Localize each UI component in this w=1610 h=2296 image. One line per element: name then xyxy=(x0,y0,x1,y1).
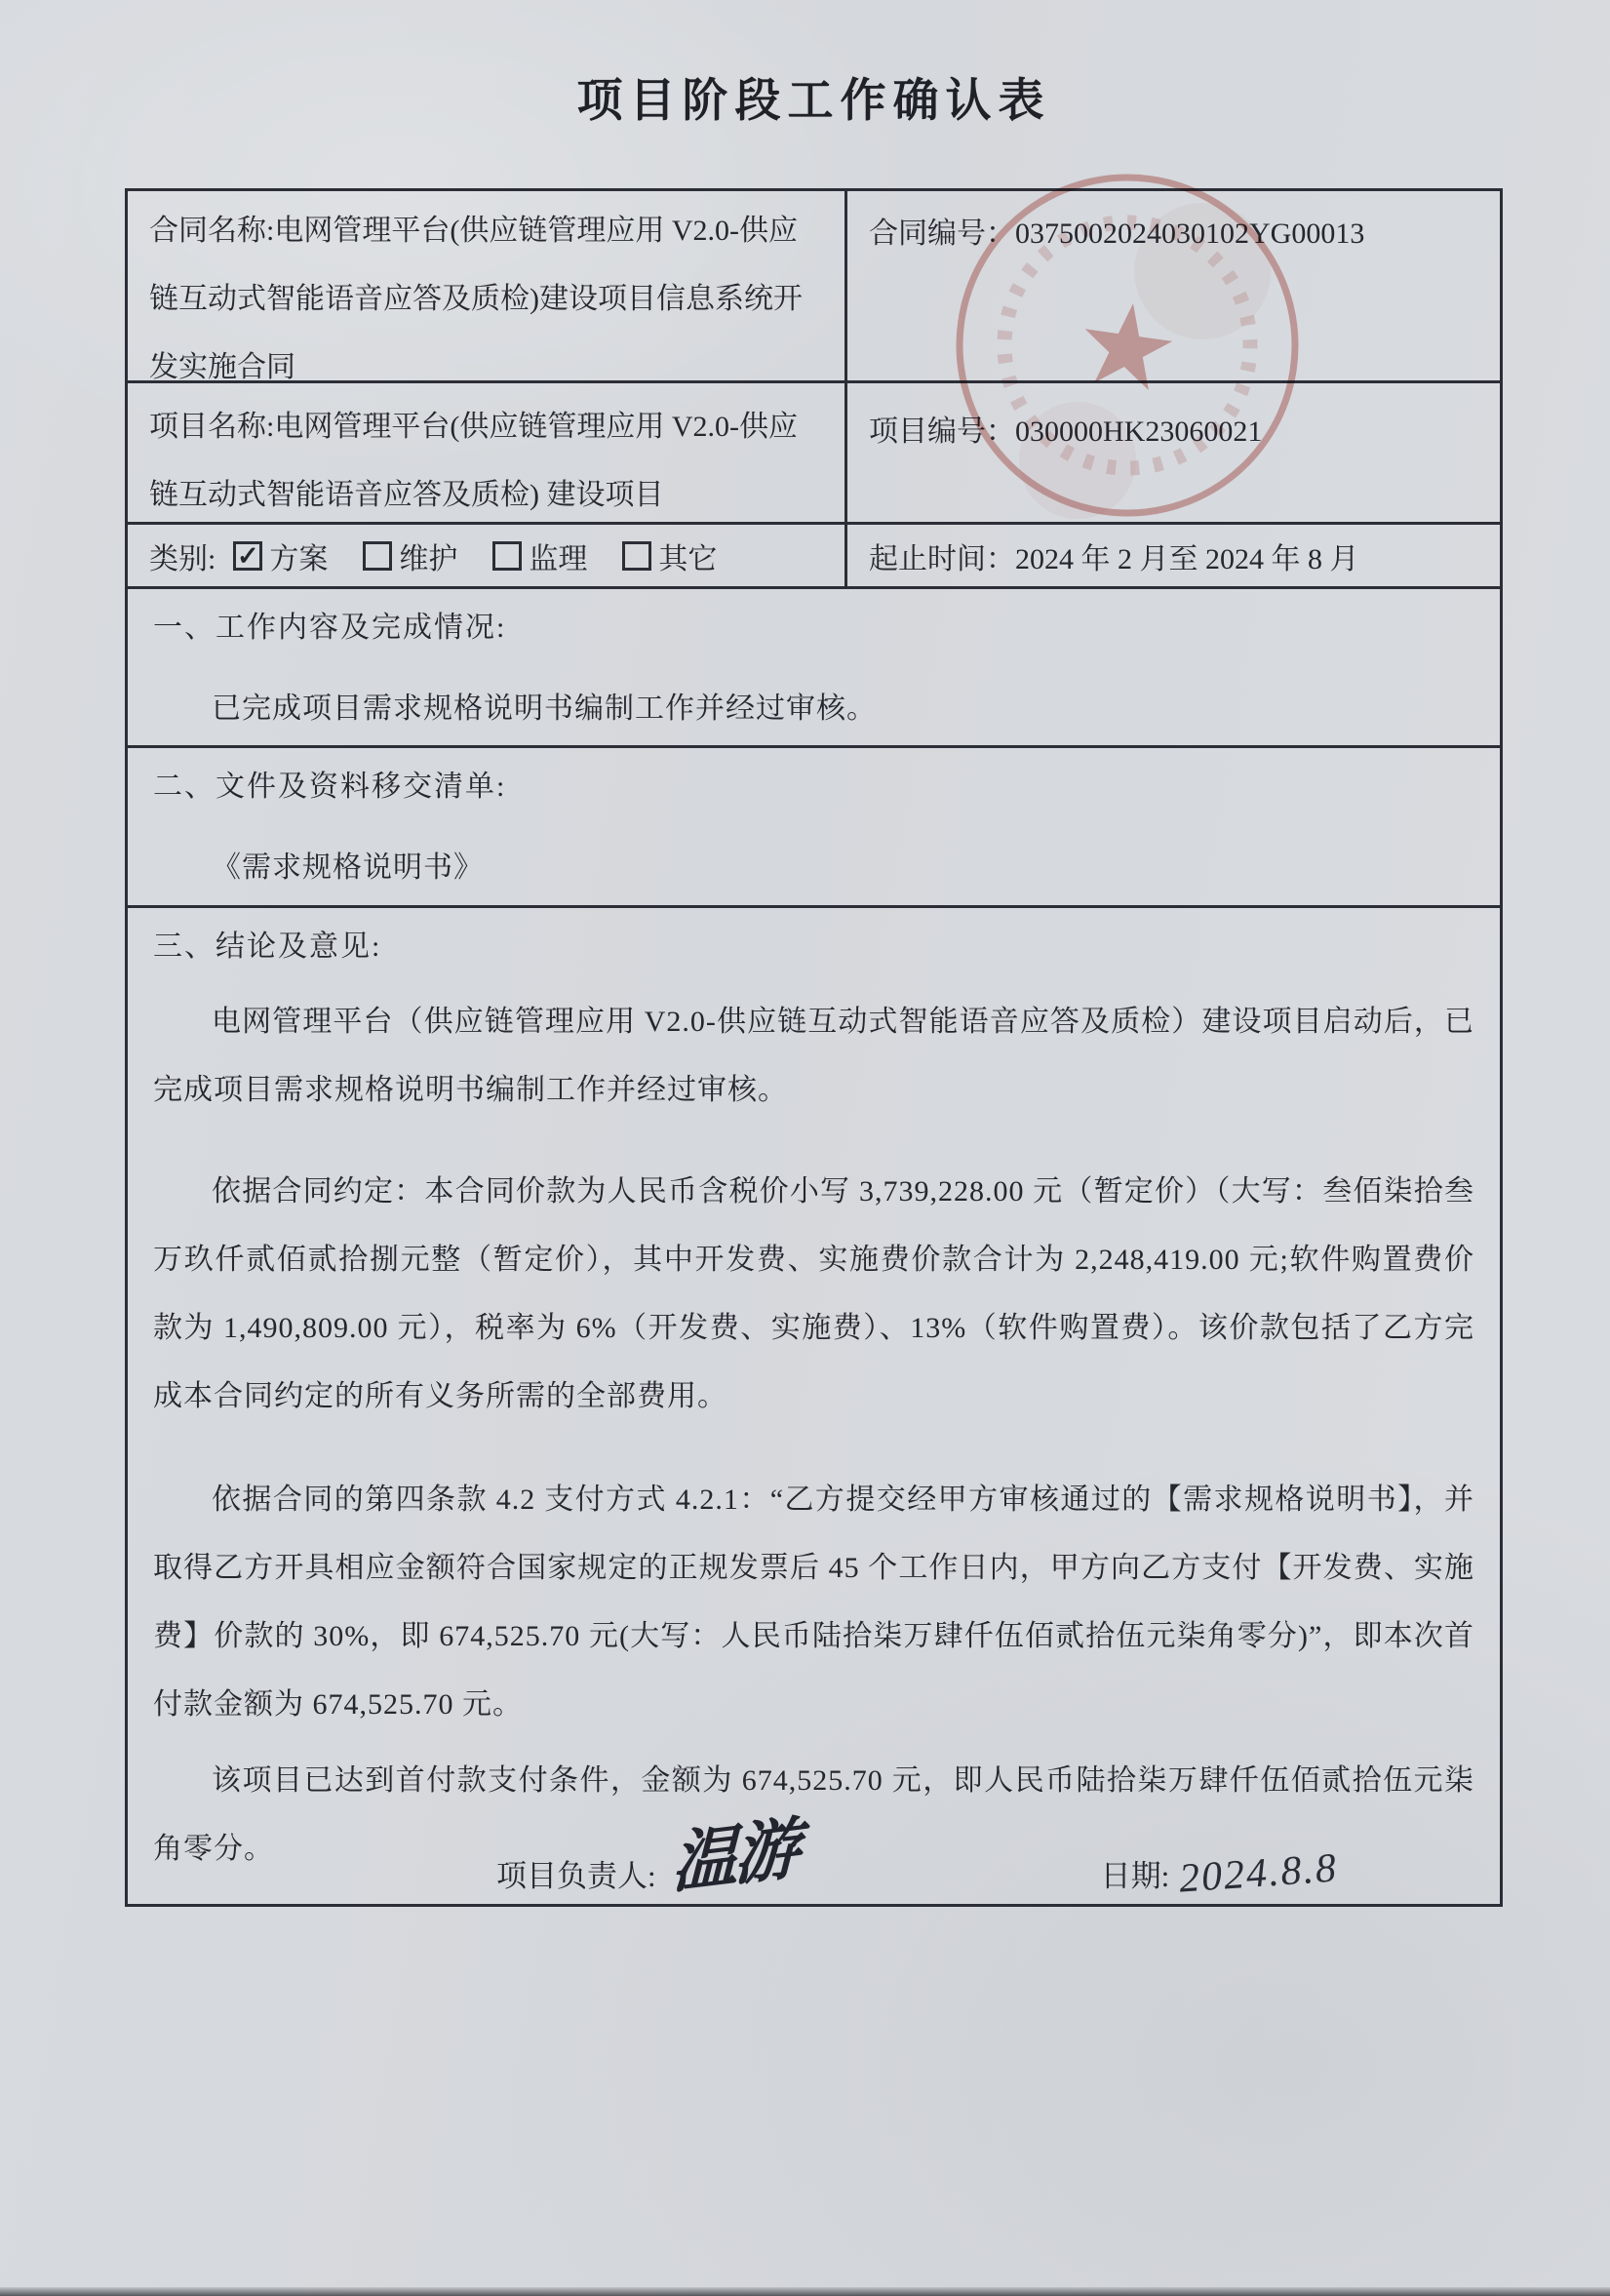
category-period-row: 类别: ✓ 方案 维护 监理 xyxy=(128,525,1500,589)
page-title: 项目阶段工作确认表 xyxy=(125,64,1503,130)
contract-no-cell: 合同编号：0375002024030102YG00013 xyxy=(847,191,1500,410)
section-handover-list: 二、文件及资料移交清单: 《需求规格说明书》 xyxy=(128,766,1500,908)
handwritten-date: 2024.8.8 xyxy=(1178,1844,1340,1902)
section-paragraph: 依据合同约定：本合同价款为人民币含税价小写 3,739,228.00 元（暂定价… xyxy=(153,1158,1474,1431)
signature-row: 项目负责人: 温游 日期: 2024.8.8 xyxy=(153,1850,1450,1897)
category-option-plan: ✓ 方案 xyxy=(233,534,328,577)
category-cell: 类别: ✓ 方案 维护 监理 xyxy=(128,525,847,586)
category-option-other: 其它 xyxy=(622,534,717,577)
category-option-label: 维护 xyxy=(399,534,457,577)
contract-no-label: 合同编号： xyxy=(869,218,1015,250)
period-cell: 起止时间：2024 年 2 月至 2024 年 8 月 xyxy=(847,525,1500,586)
project-name-cell: 项目名称:电网管理平台(供应链管理应用 V2.0-供应链互动式智能语音应答及质检… xyxy=(128,383,847,537)
project-row: 项目名称:电网管理平台(供应链管理应用 V2.0-供应链互动式智能语音应答及质检… xyxy=(128,383,1500,525)
section-paragraph: 已完成项目需求规格说明书编制工作并经过审核。 xyxy=(153,675,1474,743)
section-heading: 二、文件及资料移交清单: xyxy=(153,766,1474,809)
period-label: 起止时间： xyxy=(869,534,1015,577)
date-label: 日期: xyxy=(1101,1851,1170,1895)
contract-no-value: 0375002024030102YG00013 xyxy=(1015,218,1364,250)
confirmation-form-table: 合同名称:电网管理平台(供应链管理应用 V2.0-供应链互动式智能语音应答及质检… xyxy=(125,188,1503,1907)
project-no-cell: 项目编号：030000HK23060021 xyxy=(847,383,1500,537)
project-name-label: 项目名称: xyxy=(149,411,274,443)
project-no-label: 项目编号： xyxy=(869,416,1015,448)
project-no-value: 030000HK23060021 xyxy=(1015,416,1262,448)
category-options: ✓ 方案 维护 监理 其它 xyxy=(233,534,717,577)
section-heading: 一、工作内容及完成情况: xyxy=(153,607,1474,650)
scan-edge-shadow xyxy=(0,2287,1610,2296)
category-option-label: 监理 xyxy=(529,534,587,577)
section-work-content: 一、工作内容及完成情况: 已完成项目需求规格说明书编制工作并经过审核。 xyxy=(128,607,1500,748)
contract-name-label: 合同名称: xyxy=(149,215,274,247)
section-paragraph: 电网管理平台（供应链管理应用 V2.0-供应链互动式智能语音应答及质检）建设项目… xyxy=(153,988,1474,1125)
category-option-label: 其它 xyxy=(658,534,717,577)
category-option-label: 方案 xyxy=(269,534,328,577)
section-heading: 三、结论及意见: xyxy=(153,926,1474,969)
section-paragraph: 依据合同的第四条款 4.2 支付方式 4.2.1：“乙方提交经甲方审核通过的【需… xyxy=(153,1466,1474,1739)
section-conclusion: 三、结论及意见: 电网管理平台（供应链管理应用 V2.0-供应链互动式智能语音应… xyxy=(128,926,1500,1957)
checkbox-empty-icon xyxy=(363,541,392,571)
category-option-maintenance: 维护 xyxy=(363,534,457,577)
checkbox-empty-icon xyxy=(622,541,651,571)
category-option-supervision: 监理 xyxy=(492,534,587,577)
period-value: 2024 年 2 月至 2024 年 8 月 xyxy=(1015,534,1359,577)
checkbox-checked-icon: ✓ xyxy=(233,541,262,571)
checkbox-empty-icon xyxy=(492,541,522,571)
section-paragraph: 《需求规格说明书》 xyxy=(153,834,1474,902)
contract-row: 合同名称:电网管理平台(供应链管理应用 V2.0-供应链互动式智能语音应答及质检… xyxy=(128,191,1500,383)
scanned-document-page: 项目阶段工作确认表 合同名称:电网管理平台(供应链管理应用 V2.0-供应链互动… xyxy=(0,0,1610,2296)
category-label: 类别: xyxy=(149,534,216,577)
contract-name-cell: 合同名称:电网管理平台(供应链管理应用 V2.0-供应链互动式智能语音应答及质检… xyxy=(128,191,847,410)
project-manager-label: 项目负责人: xyxy=(496,1851,656,1895)
